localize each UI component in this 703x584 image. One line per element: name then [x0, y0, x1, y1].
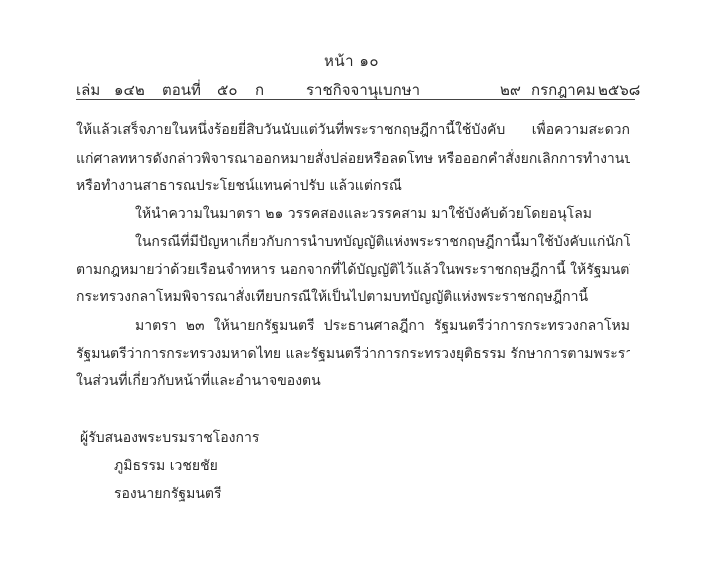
body-line: กระทรวงกลาโหมพิจารณาสั่งเทียบกรณีให้เป็น…: [76, 287, 630, 307]
body-line: แก่ศาลทหารดังกล่าวพิจารณาออกหมายสั่งปล่อ…: [76, 149, 630, 169]
body-line: ให้แล้วเสร็จภายในหนึ่งร้อยยี่สิบวันนับแต…: [76, 120, 630, 140]
gazette-header: เล่ม ๑๔๒ ตอนที่ ๕๐ ก ราชกิจจานุเบกษา ๒๙ …: [76, 78, 635, 98]
signatory-name: ภูมิธรรม เวชยชัย: [114, 456, 218, 476]
body-line: หรือทำงานสาธารณประโยชน์แทนค่าปรับ แล้วแต…: [76, 176, 630, 196]
body-line: ในส่วนที่เกี่ยวกับหน้าที่และอำนาจของตน: [76, 371, 630, 391]
section-23-line: มาตรา ๒๓ ให้นายกรัฐมนตรี ประธานศาลฎีกา ร…: [135, 316, 630, 336]
body-line: รัฐมนตรีว่าการกระทรวงมหาดไทย และรัฐมนตรี…: [76, 344, 630, 364]
gazette-page: หน้า ๑๐ เล่ม ๑๔๒ ตอนที่ ๕๐ ก ราชกิจจานุเ…: [0, 0, 703, 584]
signatory-position: รองนายกรัฐมนตรี: [114, 484, 222, 504]
body-line: ในกรณีที่มีปัญหาเกี่ยวกับการนำบทบัญญัติแ…: [135, 232, 630, 252]
body-line: ให้นำความในมาตรา ๒๑ วรรคสองและวรรคสาม มา…: [135, 204, 630, 224]
body-line: ตามกฎหมายว่าด้วยเรือนจำทหาร นอกจากที่ได้…: [76, 260, 630, 280]
header-divider: [76, 99, 635, 100]
countersign-label: ผู้รับสนองพระบรมราชโองการ: [80, 428, 259, 448]
page-number: หน้า ๑๐: [0, 49, 703, 73]
